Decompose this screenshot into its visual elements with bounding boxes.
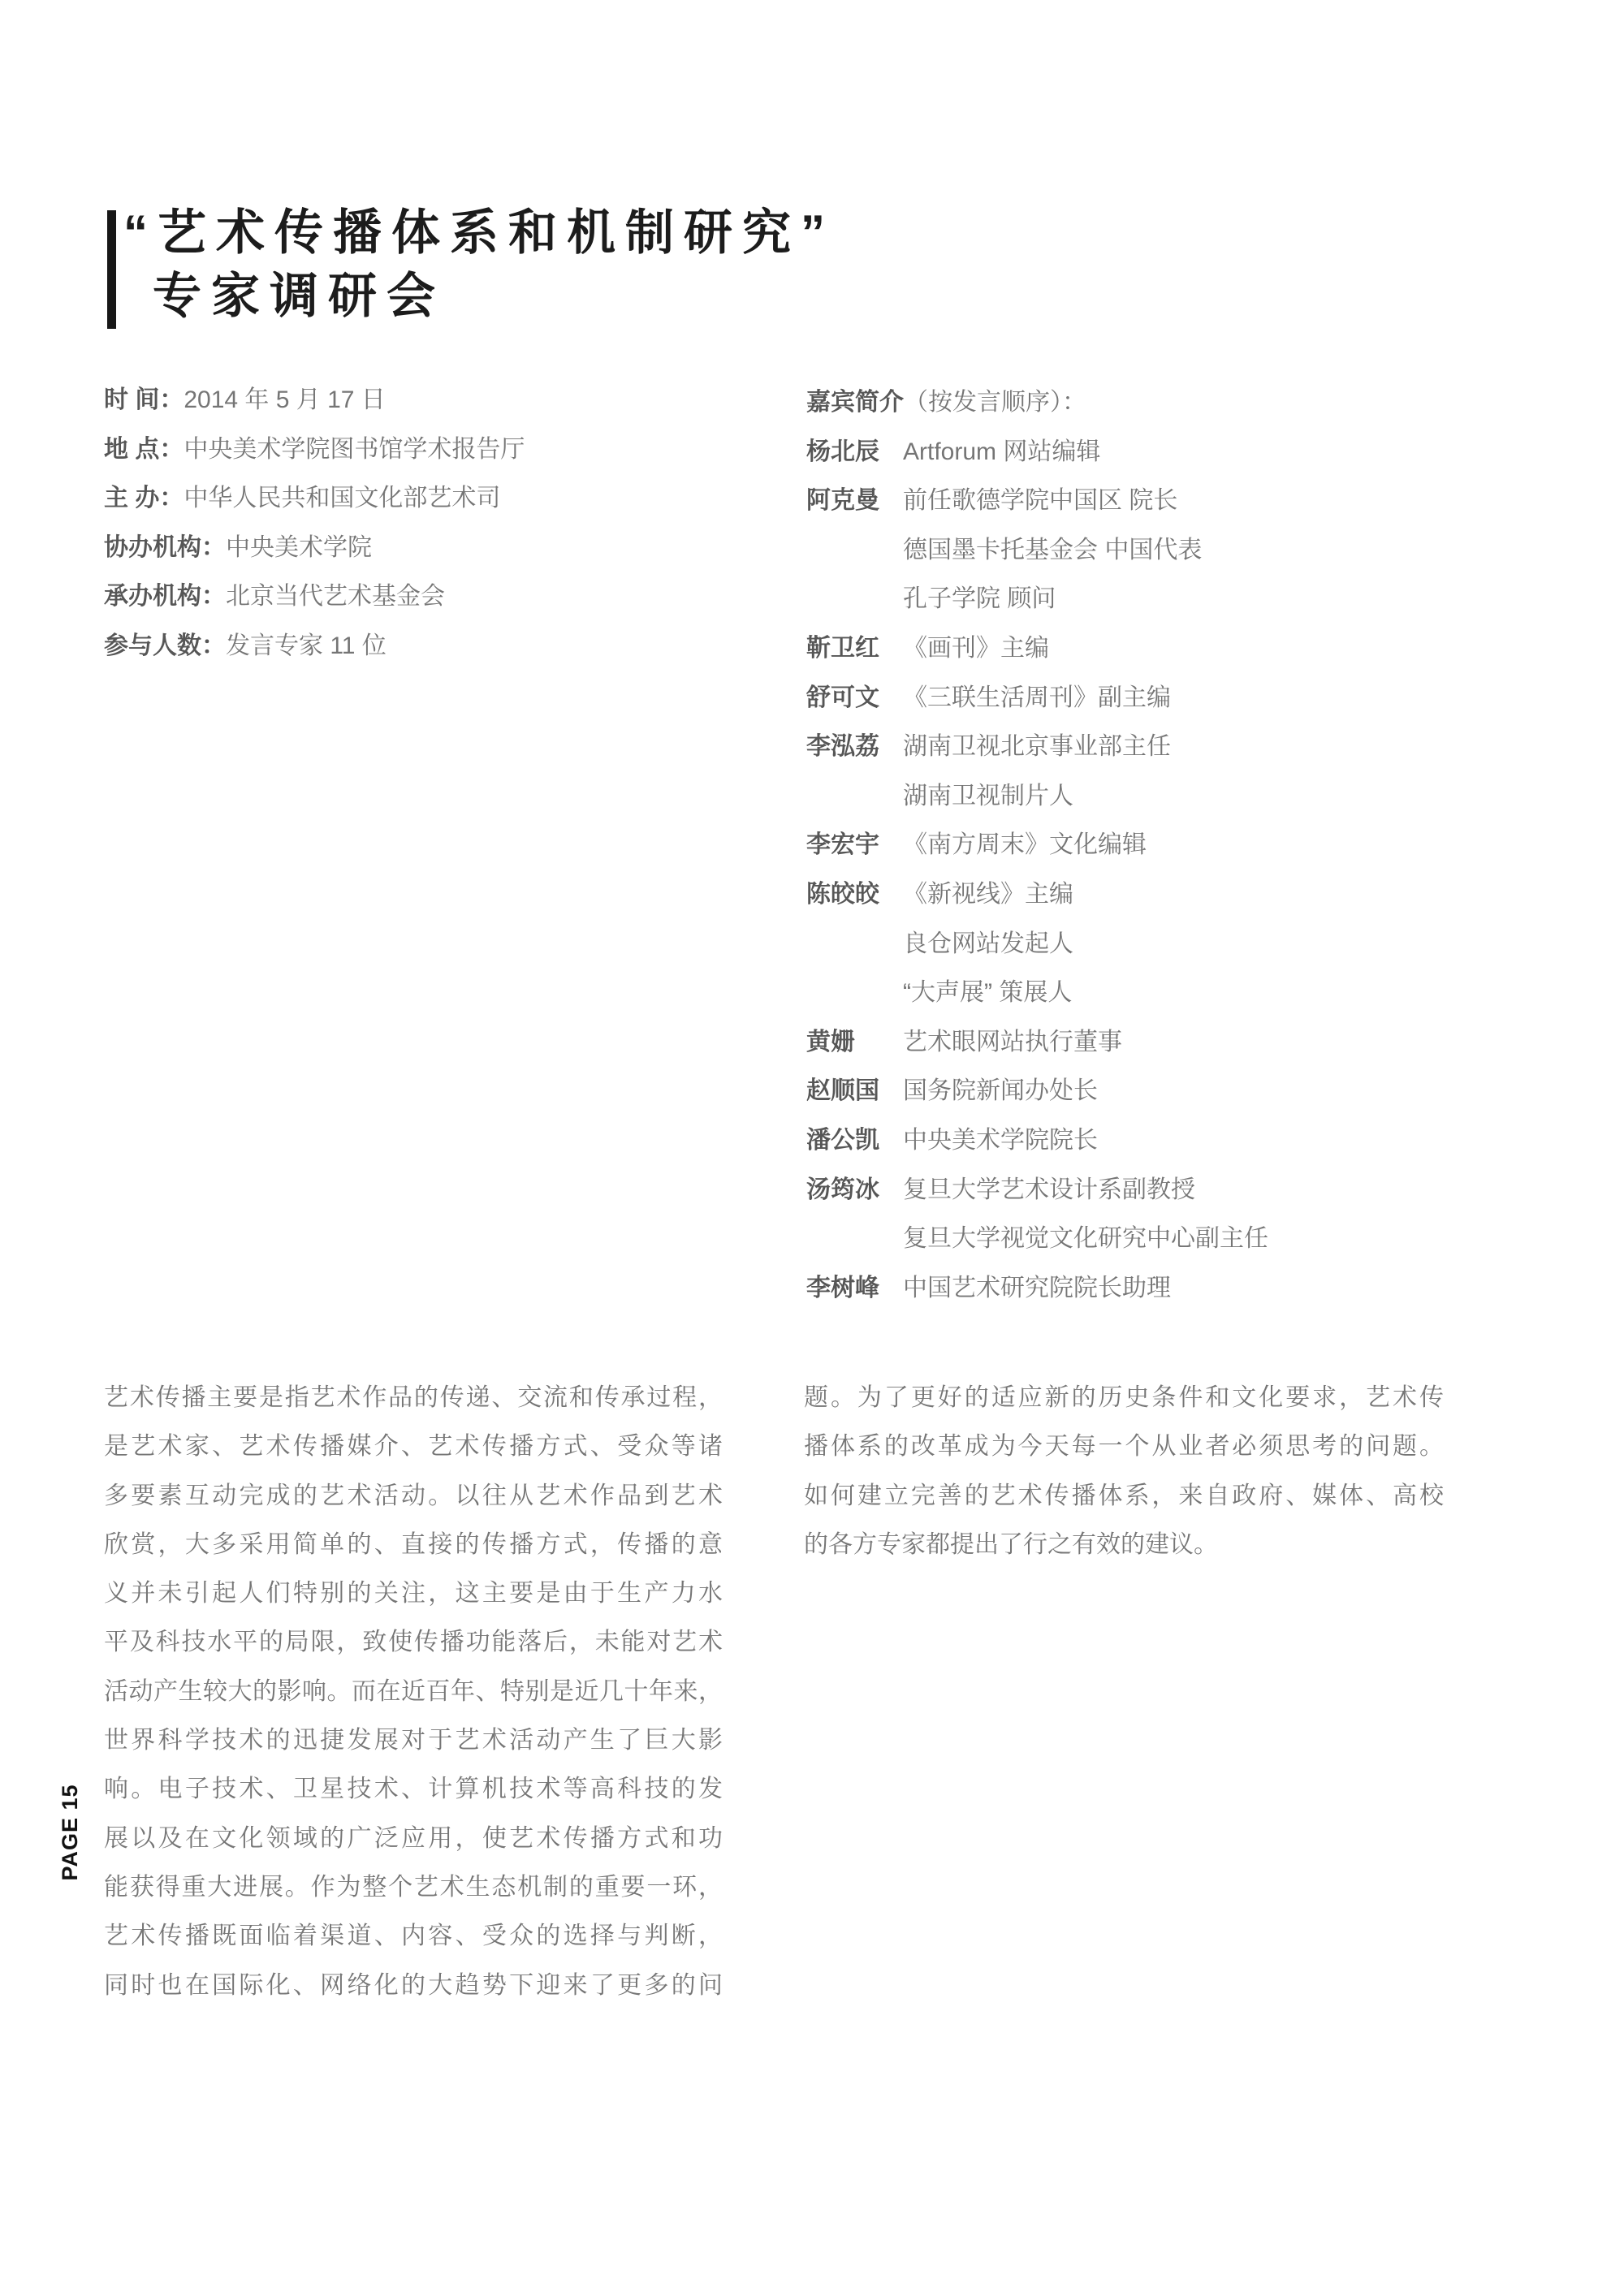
body-text-line: 是艺术家、艺术传播媒介、艺术传播方式、受众等诸: [104, 1422, 723, 1471]
guest-name: 李泓荔: [806, 723, 903, 772]
guest-title: 德国墨卡托基金会 中国代表: [903, 537, 1202, 563]
body-text-line: 多要素互动完成的艺术活动。以往从艺术作品到艺术: [104, 1472, 723, 1521]
guest-title: 国务院新闻办处长: [903, 1077, 1098, 1104]
event-meta-list: 时 间：2014 年 5 月 17 日 地 点：中央美术学院图书馆学术报告厅 主…: [104, 376, 525, 671]
guest-title: 孔子学院 顾问: [903, 585, 1056, 612]
page-title-line-1: “艺术传播体系和机制研究”: [123, 201, 835, 265]
guest-title: 《新视线》主编: [903, 881, 1073, 908]
guest-row: 靳卫红《画刊》主编: [806, 624, 1268, 674]
title-accent-bar: [107, 210, 116, 329]
body-text-line: 艺术传播主要是指艺术作品的传递、交流和传承过程，: [104, 1374, 723, 1422]
guest-row: 复旦大学视觉文化研究中心副主任: [806, 1215, 1268, 1264]
guest-title: 《南方周末》文化编辑: [903, 831, 1147, 858]
guest-row: 黄姗艺术眼网站执行董事: [806, 1018, 1268, 1068]
body-text-line: 响。电子技术、卫星技术、计算机技术等高科技的发: [104, 1765, 723, 1814]
meta-value: 2014 年 5 月 17 日: [184, 386, 385, 413]
guest-title: 复旦大学艺术设计系副教授: [903, 1176, 1195, 1203]
guest-name: 阿克曼: [806, 477, 903, 526]
guest-title: “大声展” 策展人: [903, 979, 1072, 1006]
body-text-line: 平及科技水平的局限，致使传播功能落后，未能对艺术: [104, 1618, 723, 1667]
guest-title: 《画刊》主编: [903, 635, 1049, 662]
guest-rows: 杨北辰Artforum 网站编辑 阿克曼前任歌德学院中国区 院长 德国墨卡托基金…: [806, 428, 1268, 1314]
body-text-line: 义并未引起人们特别的关注，这主要是由于生产力水: [104, 1569, 723, 1618]
guest-list-header: 嘉宾简介（按发言顺序）：: [806, 378, 1268, 428]
guest-name: 杨北辰: [806, 428, 903, 477]
body-text-line: 同时也在国际化、网络化的大趋势下迎来了更多的问: [104, 1962, 723, 2010]
meta-row: 时 间：2014 年 5 月 17 日: [104, 376, 525, 425]
guest-name: 陈皎皎: [806, 870, 903, 920]
guest-title: 中央美术学院院长: [903, 1127, 1098, 1154]
guest-row: 杨北辰Artforum 网站编辑: [806, 428, 1268, 477]
guest-name: 汤筠冰: [806, 1166, 903, 1215]
body-text-line: 展以及在文化领域的广泛应用，使艺术传播方式和功: [104, 1815, 723, 1863]
guest-title: 前任歌德学院中国区 院长: [903, 487, 1177, 514]
meta-value: 北京当代艺术基金会: [226, 583, 445, 610]
guest-title: 湖南卫视北京事业部主任: [903, 733, 1171, 760]
page-title-line-2: 专家调研会: [123, 265, 835, 328]
guest-row: 陈皎皎《新视线》主编: [806, 870, 1268, 920]
guest-title: 复旦大学视觉文化研究中心副主任: [903, 1225, 1268, 1252]
guest-name: 靳卫红: [806, 624, 903, 674]
meta-value: 发言专家 11 位: [226, 632, 387, 659]
body-text-line: 题。为了更好的适应新的历史条件和文化要求，艺术传: [804, 1374, 1444, 1422]
guest-title: 中国艺术研究院院长助理: [903, 1275, 1171, 1301]
guest-row: 李泓荔湖南卫视北京事业部主任: [806, 723, 1268, 772]
meta-row: 参与人数：发言专家 11 位: [104, 622, 525, 671]
body-text-line: 艺术传播既面临着渠道、内容、受众的选择与判断，: [104, 1912, 723, 1961]
meta-label: 参与人数：: [104, 632, 226, 659]
meta-row: 承办机构：北京当代艺术基金会: [104, 572, 525, 622]
guest-header-title: 嘉宾简介: [806, 389, 904, 416]
meta-label: 时 间：: [104, 386, 184, 413]
body-text-line: 能获得重大进展。作为整个艺术生态机制的重要一环，: [104, 1863, 723, 1912]
body-text-line: 如何建立完善的艺术传播体系，来自政府、媒体、高校: [804, 1472, 1444, 1521]
guest-header-note: （按发言顺序）：: [904, 389, 1086, 416]
meta-row: 主 办：中华人民共和国文化部艺术司: [104, 474, 525, 524]
body-text-line: 欣赏，大多采用简单的、直接的传播方式，传播的意: [104, 1521, 723, 1569]
guest-row: 舒可文《三联生活周刊》副主编: [806, 674, 1268, 723]
guest-row: 潘公凯中央美术学院院长: [806, 1116, 1268, 1166]
guest-name: 潘公凯: [806, 1116, 903, 1166]
guest-row: 阿克曼前任歌德学院中国区 院长: [806, 477, 1268, 526]
guest-row: “大声展” 策展人: [806, 969, 1268, 1018]
guest-title: 良仓网站发起人: [903, 930, 1073, 957]
guest-row: 李宏宇《南方周末》文化编辑: [806, 821, 1268, 870]
meta-value: 中央美术学院图书馆学术报告厅: [184, 436, 525, 463]
body-text-line: 活动产生较大的影响。而在近百年、特别是近几十年来，: [104, 1668, 723, 1716]
guest-name: 黄姗: [806, 1018, 903, 1068]
guest-name: 舒可文: [806, 674, 903, 723]
guest-row: 李树峰中国艺术研究院院长助理: [806, 1264, 1268, 1314]
guest-row: 良仓网站发起人: [806, 920, 1268, 969]
guest-name: 赵顺国: [806, 1067, 903, 1116]
meta-value: 中央美术学院: [226, 534, 372, 561]
page-title: “艺术传播体系和机制研究” 专家调研会: [123, 201, 835, 328]
guest-title: 湖南卫视制片人: [903, 783, 1073, 809]
guest-title: 《三联生活周刊》副主编: [903, 684, 1171, 711]
guest-row: 湖南卫视制片人: [806, 772, 1268, 822]
guest-list: 嘉宾简介（按发言顺序）： 杨北辰Artforum 网站编辑 阿克曼前任歌德学院中…: [806, 378, 1268, 1313]
body-paragraph-right: 题。为了更好的适应新的历史条件和文化要求，艺术传 播体系的改革成为今天每一个从业…: [804, 1374, 1444, 1569]
body-text-line: 播体系的改革成为今天每一个从业者必须思考的问题。: [804, 1422, 1444, 1471]
body-paragraph-left: 艺术传播主要是指艺术作品的传递、交流和传承过程， 是艺术家、艺术传播媒介、艺术传…: [104, 1374, 723, 2010]
meta-label: 主 办：: [104, 485, 184, 511]
meta-label: 协办机构：: [104, 534, 226, 561]
guest-name: 李树峰: [806, 1264, 903, 1314]
meta-value: 中华人民共和国文化部艺术司: [184, 485, 500, 511]
guest-row: 孔子学院 顾问: [806, 575, 1268, 624]
guest-row: 赵顺国国务院新闻办处长: [806, 1067, 1268, 1116]
guest-title: 艺术眼网站执行董事: [903, 1029, 1122, 1055]
guest-name: 李宏宇: [806, 821, 903, 870]
guest-row: 汤筠冰复旦大学艺术设计系副教授: [806, 1166, 1268, 1215]
meta-row: 协办机构：中央美术学院: [104, 524, 525, 573]
meta-label: 地 点：: [104, 436, 184, 463]
document-page: “艺术传播体系和机制研究” 专家调研会 时 间：2014 年 5 月 17 日 …: [0, 0, 1624, 2296]
body-text-line: 的各方专家都提出了行之有效的建议。: [804, 1521, 1444, 1569]
meta-label: 承办机构：: [104, 583, 226, 610]
guest-row: 德国墨卡托基金会 中国代表: [806, 526, 1268, 576]
body-text-line: 世界科学技术的迅捷发展对于艺术活动产生了巨大影: [104, 1716, 723, 1765]
meta-row: 地 点：中央美术学院图书馆学术报告厅: [104, 425, 525, 475]
guest-title: Artforum 网站编辑: [903, 438, 1100, 465]
page-number-label: PAGE 15: [58, 1767, 82, 1897]
